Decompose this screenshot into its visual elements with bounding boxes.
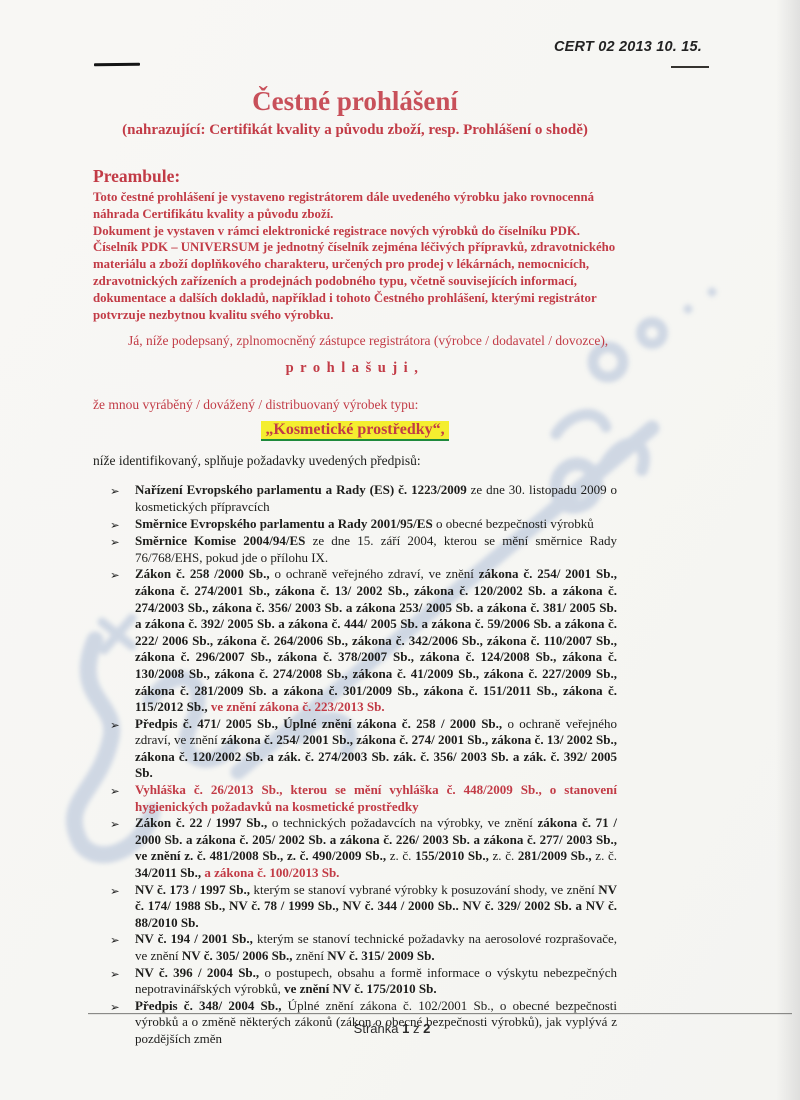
text-segment: zákona č. 254/ 2001 Sb., zákona č. 274/2… bbox=[135, 566, 617, 714]
document-body: Čestné prohlášení (nahrazující: Certifik… bbox=[93, 0, 617, 1048]
product-type-highlight: „Kosmetické prostředky“, bbox=[261, 421, 448, 441]
footer-label: Stránka bbox=[354, 1021, 399, 1036]
scanned-document-page: CERT 02 2013 10. 15. Čestné prohlášení (… bbox=[0, 0, 800, 1100]
preamble-paragraph: Dokument je vystaven v rámci elektronick… bbox=[93, 223, 617, 240]
bullet-arrow-icon: ➢ bbox=[110, 882, 135, 932]
regulation-item: ➢Směrnice Evropského parlamentu a Rady 2… bbox=[110, 516, 617, 534]
declaration-intro: Já, níže podepsaný, zplnomocněný zástupc… bbox=[93, 332, 617, 349]
text-segment: Předpis č. 471/ 2005 Sb., Úplné znění zá… bbox=[135, 716, 502, 731]
text-segment: kterým se stanoví vybrané výrobky k posu… bbox=[250, 882, 598, 897]
regulation-text: NV č. 173 / 1997 Sb., kterým se stanoví … bbox=[135, 882, 617, 932]
footer-page-number: 1 bbox=[402, 1021, 409, 1036]
text-segment: a zákona č. 100/2013 Sb. bbox=[204, 865, 339, 880]
regulation-text: NV č. 396 / 2004 Sb., o postupech, obsah… bbox=[135, 965, 617, 998]
regulation-text: Zákon č. 258 /2000 Sb., o ochraně veřejn… bbox=[135, 566, 617, 715]
regulation-item: ➢NV č. 173 / 1997 Sb., kterým se stanoví… bbox=[110, 882, 617, 932]
product-type-line: „Kosmetické prostředky“, bbox=[93, 419, 617, 440]
footer-total-pages: 2 bbox=[423, 1021, 430, 1036]
regulation-text: Nařízení Evropského parlamentu a Rady (E… bbox=[135, 482, 617, 515]
document-subtitle: (nahrazující: Certifikát kvality a původ… bbox=[93, 121, 617, 139]
scan-artifact-underline bbox=[671, 66, 709, 68]
bullet-arrow-icon: ➢ bbox=[110, 482, 135, 515]
bullet-arrow-icon: ➢ bbox=[110, 782, 135, 815]
text-segment: Zákon č. 22 / 1997 Sb., bbox=[135, 815, 267, 830]
footer-of: z bbox=[413, 1021, 420, 1036]
text-segment: o technických požadavcích na výrobky, ve… bbox=[267, 815, 537, 830]
text-segment: Vyhláška č. 26/2013 Sb., kterou se mění … bbox=[135, 782, 617, 814]
document-title: Čestné prohlášení bbox=[93, 86, 617, 116]
scan-artifact-dash bbox=[94, 63, 140, 67]
declaration-verb: prohlašuji, bbox=[93, 360, 617, 377]
text-segment: NV č. 315/ 2009 Sb. bbox=[327, 948, 434, 963]
text-segment: z. č. bbox=[595, 848, 617, 863]
text-segment: NV č. 194 / 2001 Sb., bbox=[135, 931, 253, 946]
regulation-item: ➢NV č. 396 / 2004 Sb., o postupech, obsa… bbox=[110, 965, 617, 998]
text-segment: NV č. 305/ 2006 Sb., bbox=[182, 948, 293, 963]
text-segment: Předpis č. 348/ 2004 Sb., bbox=[135, 998, 281, 1013]
regulation-text: Zákon č. 22 / 1997 Sb., o technických po… bbox=[135, 815, 617, 881]
page-footer: Stránka 1 z 2 bbox=[0, 1021, 784, 1036]
text-segment: Směrnice Komise 2004/94/ES bbox=[135, 533, 305, 548]
bullet-arrow-icon: ➢ bbox=[110, 815, 135, 881]
regulation-text: NV č. 194 / 2001 Sb., kterým se stanoví … bbox=[135, 931, 617, 964]
regulation-item: ➢NV č. 194 / 2001 Sb., kterým se stanoví… bbox=[110, 931, 617, 964]
preamble-paragraph: Toto čestné prohlášení je vystaveno regi… bbox=[93, 189, 617, 223]
text-segment: 281/2009 Sb., bbox=[518, 848, 595, 863]
regulation-item: ➢Směrnice Komise 2004/94/ES ze dne 15. z… bbox=[110, 533, 617, 566]
regulation-item: ➢Předpis č. 471/ 2005 Sb., Úplné znění z… bbox=[110, 716, 617, 782]
scan-edge-shadow bbox=[776, 0, 800, 1100]
bullet-arrow-icon: ➢ bbox=[110, 566, 135, 715]
regulation-item: ➢Zákon č. 258 /2000 Sb., o ochraně veřej… bbox=[110, 566, 617, 715]
regulation-text: Vyhláška č. 26/2013 Sb., kterou se mění … bbox=[135, 782, 617, 815]
regulation-item: ➢Vyhláška č. 26/2013 Sb., kterou se mění… bbox=[110, 782, 617, 815]
text-segment: NV č. 396 / 2004 Sb., bbox=[135, 965, 259, 980]
text-segment: o obecné bezpečnosti výrobků bbox=[433, 516, 594, 531]
regulation-text: Směrnice Evropského parlamentu a Rady 20… bbox=[135, 516, 617, 534]
compliance-intro: níže identifikovaný, splňuje požadavky u… bbox=[93, 452, 617, 469]
bullet-arrow-icon: ➢ bbox=[110, 965, 135, 998]
text-segment: z. č. bbox=[493, 848, 518, 863]
text-segment: Směrnice Evropského parlamentu a Rady 20… bbox=[135, 516, 433, 531]
footer-rule bbox=[88, 1013, 792, 1014]
bullet-arrow-icon: ➢ bbox=[110, 516, 135, 534]
text-segment: ve znění zákona č. 223/2013 Sb. bbox=[211, 699, 385, 714]
regulation-item: ➢Zákon č. 22 / 1997 Sb., o technických p… bbox=[110, 815, 617, 881]
text-segment: o ochraně veřejného zdraví, ve znění bbox=[270, 566, 479, 581]
regulation-item: ➢Nařízení Evropského parlamentu a Rady (… bbox=[110, 482, 617, 515]
text-segment: znění bbox=[293, 948, 328, 963]
bullet-arrow-icon: ➢ bbox=[110, 931, 135, 964]
regulation-text: Předpis č. 471/ 2005 Sb., Úplné znění zá… bbox=[135, 716, 617, 782]
preamble-paragraph: Číselník PDK – UNIVERSUM je jednotný čís… bbox=[93, 239, 617, 323]
regulation-list: ➢Nařízení Evropského parlamentu a Rady (… bbox=[93, 482, 617, 1047]
text-segment: ve znění NV č. 175/2010 Sb. bbox=[284, 981, 437, 996]
regulation-text: Směrnice Komise 2004/94/ES ze dne 15. zá… bbox=[135, 533, 617, 566]
product-type-intro: že mnou vyráběný / dovážený / distribuov… bbox=[93, 396, 617, 413]
preamble-heading: Preambule: bbox=[93, 166, 617, 186]
text-segment: 34/2011 Sb., bbox=[135, 865, 204, 880]
preamble-paragraphs: Toto čestné prohlášení je vystaveno regi… bbox=[93, 189, 617, 323]
text-segment: z. č. bbox=[390, 848, 415, 863]
text-segment: NV č. 173 / 1997 Sb., bbox=[135, 882, 250, 897]
bullet-arrow-icon: ➢ bbox=[110, 533, 135, 566]
bullet-arrow-icon: ➢ bbox=[110, 716, 135, 782]
text-segment: Zákon č. 258 /2000 Sb., bbox=[135, 566, 270, 581]
text-segment: Nařízení Evropského parlamentu a Rady (E… bbox=[135, 482, 467, 497]
text-segment: 155/2010 Sb., bbox=[415, 848, 492, 863]
